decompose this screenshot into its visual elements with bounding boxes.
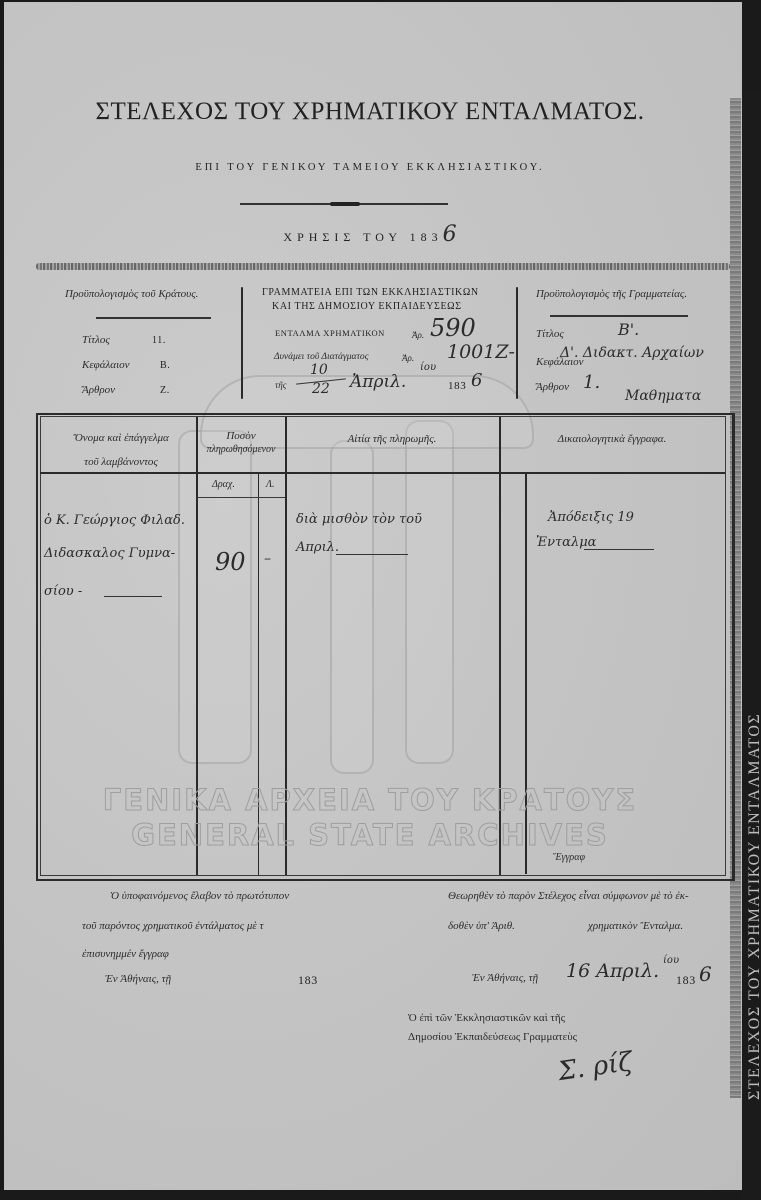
header-amount-line1: Ποσὸν [198, 430, 284, 442]
state-budget-title-value: 11. [152, 335, 166, 346]
receipt-place-date: Ἐν Ἀθήναις, τῇ [105, 973, 171, 985]
verification-line-2a: δοθὲν ὑπ' Ἀριθ. [448, 920, 515, 932]
documents-line-2: Ἐνταλμα [536, 535, 596, 550]
verification-date-sup: ίου [663, 955, 679, 966]
receipt-year: 183 [298, 973, 318, 988]
reason-line-1: διὰ μισθὸν τὸν τοῦ [296, 512, 422, 527]
amount-lepta: – [264, 551, 271, 567]
reason-fill-line [336, 554, 408, 555]
warrant-label: ΕΝΤΑΛΜΑ ΧΡΗΜΑΤΙΚΟΝ [275, 328, 385, 338]
receipt-line-1: Ὁ ὑποφαινόμενος ἔλαβον τὸ πρωτότυπον [110, 890, 289, 902]
header-separator [40, 472, 725, 474]
header-payee-line2: τοῦ λαμβάνοντος [56, 456, 186, 468]
warrant-ar-label: Ἀρ. [412, 330, 424, 340]
ministry-budget-rule [550, 315, 688, 317]
header-amount-line2: πληρωθησόμενον [198, 444, 284, 455]
decree-year-print: 183 [448, 380, 466, 392]
warrant-number: 590 [430, 314, 476, 342]
decree-number: 1001Ζ- [447, 341, 515, 363]
signature-title-line-1: Ὁ ἐπὶ τῶν Ἐκκλησιαστικῶν καὶ τῆς [408, 1012, 565, 1024]
payee-fill-line [104, 596, 162, 597]
fiscal-year-label: ΧΡΗΣΙΣ ΤΟΥ 183 [283, 230, 442, 244]
left-brace [241, 287, 243, 399]
verification-year-print: 183 [676, 973, 696, 988]
state-budget-chapter-label: Κεφάλαιον [82, 359, 130, 371]
chain-border [36, 263, 730, 270]
verification-date-hand: 16 Απριλ. [566, 960, 659, 982]
payee-line-2: Διδασκαλος Γυμνα- [44, 546, 175, 561]
watermark-greek: ΓΕΝΙΚΑ ΑΡΧΕΙΑ ΤΟΥ ΚΡΑΤΟΥΣ [0, 783, 740, 817]
state-budget-article-value: Ζ. [160, 385, 170, 396]
date-prefix: τῆς [275, 380, 286, 390]
decree-day-bottom: 22 [312, 381, 330, 397]
state-budget-heading: Προϋπολογισμὸς τοῦ Κράτους. [65, 288, 198, 300]
ministry-budget-heading: Προϋπολογισμὸς τῆς Γραμματείας. [536, 288, 687, 300]
decree-label: Δυνάμει τοῦ Διατάγματος [274, 352, 368, 362]
state-budget-rule [96, 317, 211, 319]
ministry-budget-article-label: Ἄρθρον [536, 381, 569, 393]
header-drachmas: Δραχ. [212, 479, 235, 490]
decree-year-hand: 6 [471, 370, 482, 391]
state-budget-article-label: Ἄρθρον [82, 384, 115, 396]
decree-month: Ἀπριλ. [350, 372, 406, 392]
right-brace [516, 287, 518, 399]
state-budget-title-label: Τίτλος [82, 334, 110, 346]
verification-line-2b: χρηματικὸν Ἔνταλμα. [588, 920, 683, 932]
receipt-line-2: τοῦ παρόντος χρηματικοῦ ἐντάλματος μὲ τ [82, 920, 263, 932]
ministry-line-1: ΓΡΑΜΜΑΤΕΙΑ ΕΠΙ ΤΩΝ ΕΚΚΛΗΣΙΑΣΤΙΚΩΝ [262, 287, 479, 298]
receipt-line-3: ἐπισυνημμέν ἔγγραφ [82, 948, 169, 960]
state-budget-chapter-value: Β. [160, 360, 170, 371]
header-reason: Αἰτία τῆς πληρωμῆς. [287, 433, 497, 445]
ministry-line-2: ΚΑΙ ΤΗΣ ΔΗΜΟΣΙΟΥ ΕΚΠΑΙΔΕΥΣΕΩΣ [272, 301, 462, 312]
ministry-budget-chapter-value: Δ'. Διδακτ. Αρχαίων [560, 345, 704, 361]
documents-footer-note: Ἔγγραφ [553, 852, 585, 863]
ornamental-rule [240, 203, 448, 205]
payee-line-3: σίου - [44, 584, 82, 599]
header-documents: Δικαιολογητικὰ ἔγγραφα. [501, 433, 723, 445]
documents-line-1: Ἀπόδειξις 19 [548, 510, 634, 525]
ministry-budget-title-label: Τίτλος [536, 328, 564, 340]
fiscal-year: ΧΡΗΣΙΣ ΤΟΥ 1836 [0, 222, 740, 247]
document-title: ΣΤΕΛΕΧΟΣ ΤΟΥ ΧΡΗΜΑΤΙΚΟΥ ΕΝΤΑΛΜΑΤΟΣ. [0, 98, 740, 126]
ministry-budget-extra: Μαθηματα [625, 388, 701, 404]
decree-month-sup: ίου [420, 362, 436, 373]
subheader-separator [197, 497, 285, 498]
ministry-budget-article-value: 1. [583, 372, 600, 393]
ministry-budget-title-value: Β'. [618, 320, 639, 339]
document-subtitle: ΕΠΙ ΤΟΥ ΓΕΝΙΚΟΥ ΤΑΜΕΙΟΥ ΕΚΚΛΗΣΙΑΣΤΙΚΟΥ. [0, 162, 740, 173]
verification-place-date: Ἐν Ἀθήναις, τῇ [472, 972, 538, 984]
verification-year-hand: 6 [699, 962, 712, 986]
fiscal-year-hand: 6 [443, 222, 457, 247]
verification-line-1: Θεωρηθὲν τὸ παρὸν Στέλεχος εἶναι σύμφωνο… [448, 890, 689, 902]
signature-title-line-2: Δημοσίου Ἐκπαιδεύσεως Γραμματεὺς [408, 1031, 577, 1043]
payee-line-1: ὁ Κ. Γεώργιος Φιλαδ. [44, 513, 185, 528]
reason-line-2: Απριλ. [296, 540, 339, 555]
documents-fill-line [584, 549, 654, 550]
decree-day-top: 10 [310, 362, 328, 378]
watermark-english: GENERAL STATE ARCHIVES [0, 818, 740, 852]
amount-drachmas: 90 [215, 548, 246, 576]
header-lepta: Λ. [266, 479, 275, 490]
header-payee-line1: Ὄνομα καὶ ἐπάγγελμα [56, 432, 186, 444]
stub-vertical-title: ΣΤΕΛΕΧΟΣ ΤΟΥ ΧΡΗΜΑΤΙΚΟΥ ΕΝΤΑΛΜΑΤΟΣ [746, 713, 761, 1100]
decree-ar-label: Ἀρ. [402, 353, 414, 363]
